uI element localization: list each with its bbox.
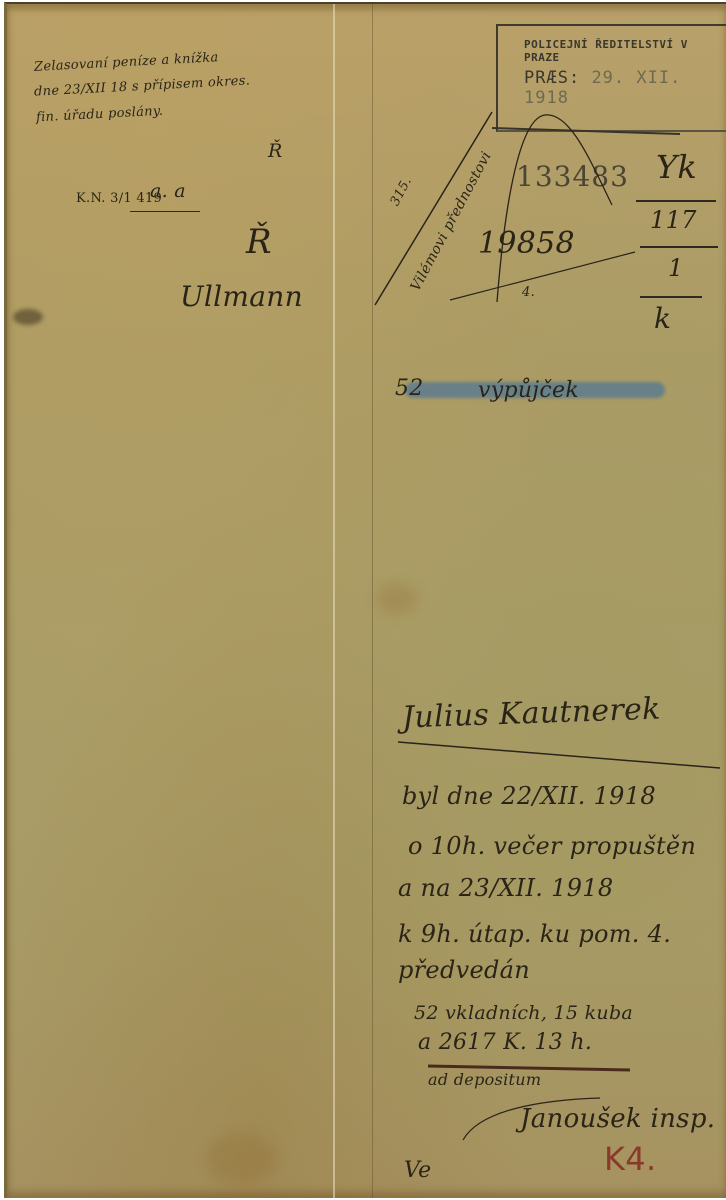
loan-label: výpůjček [478,378,579,403]
red-pencil-mark: K4. [604,1140,656,1178]
handwritten-sub: 4. [522,282,535,304]
fraction-value: 1 [668,254,684,282]
items-line: 52 vkladních, 15 kuba [414,1002,633,1024]
body-line: k 9h. útap. ku pom. 4. [398,920,671,948]
body-line: byl dne 22/XII. 1918 [402,782,656,810]
fraction-value: 117 [650,206,697,234]
fraction-bar [640,246,718,248]
fraction-bar [636,200,716,202]
underlined-word: ad depositum [428,1070,541,1089]
fraction-bottom: k [654,302,671,335]
body-line: o 10h. večer propuštěn [408,832,696,860]
bottom-initial: Ve [404,1158,432,1183]
loan-count: 52 [395,376,424,401]
official-signature: Janoušek insp. [520,1104,715,1134]
handwritten-number: 19858 [478,226,575,261]
items-line: a 2617 K. 13 h. [418,1030,592,1055]
fraction-top: Yk [656,148,697,186]
body-line: a na 23/XII. 1918 [398,874,613,902]
fraction-bar [640,296,702,298]
body-line: předvedán [398,956,530,984]
